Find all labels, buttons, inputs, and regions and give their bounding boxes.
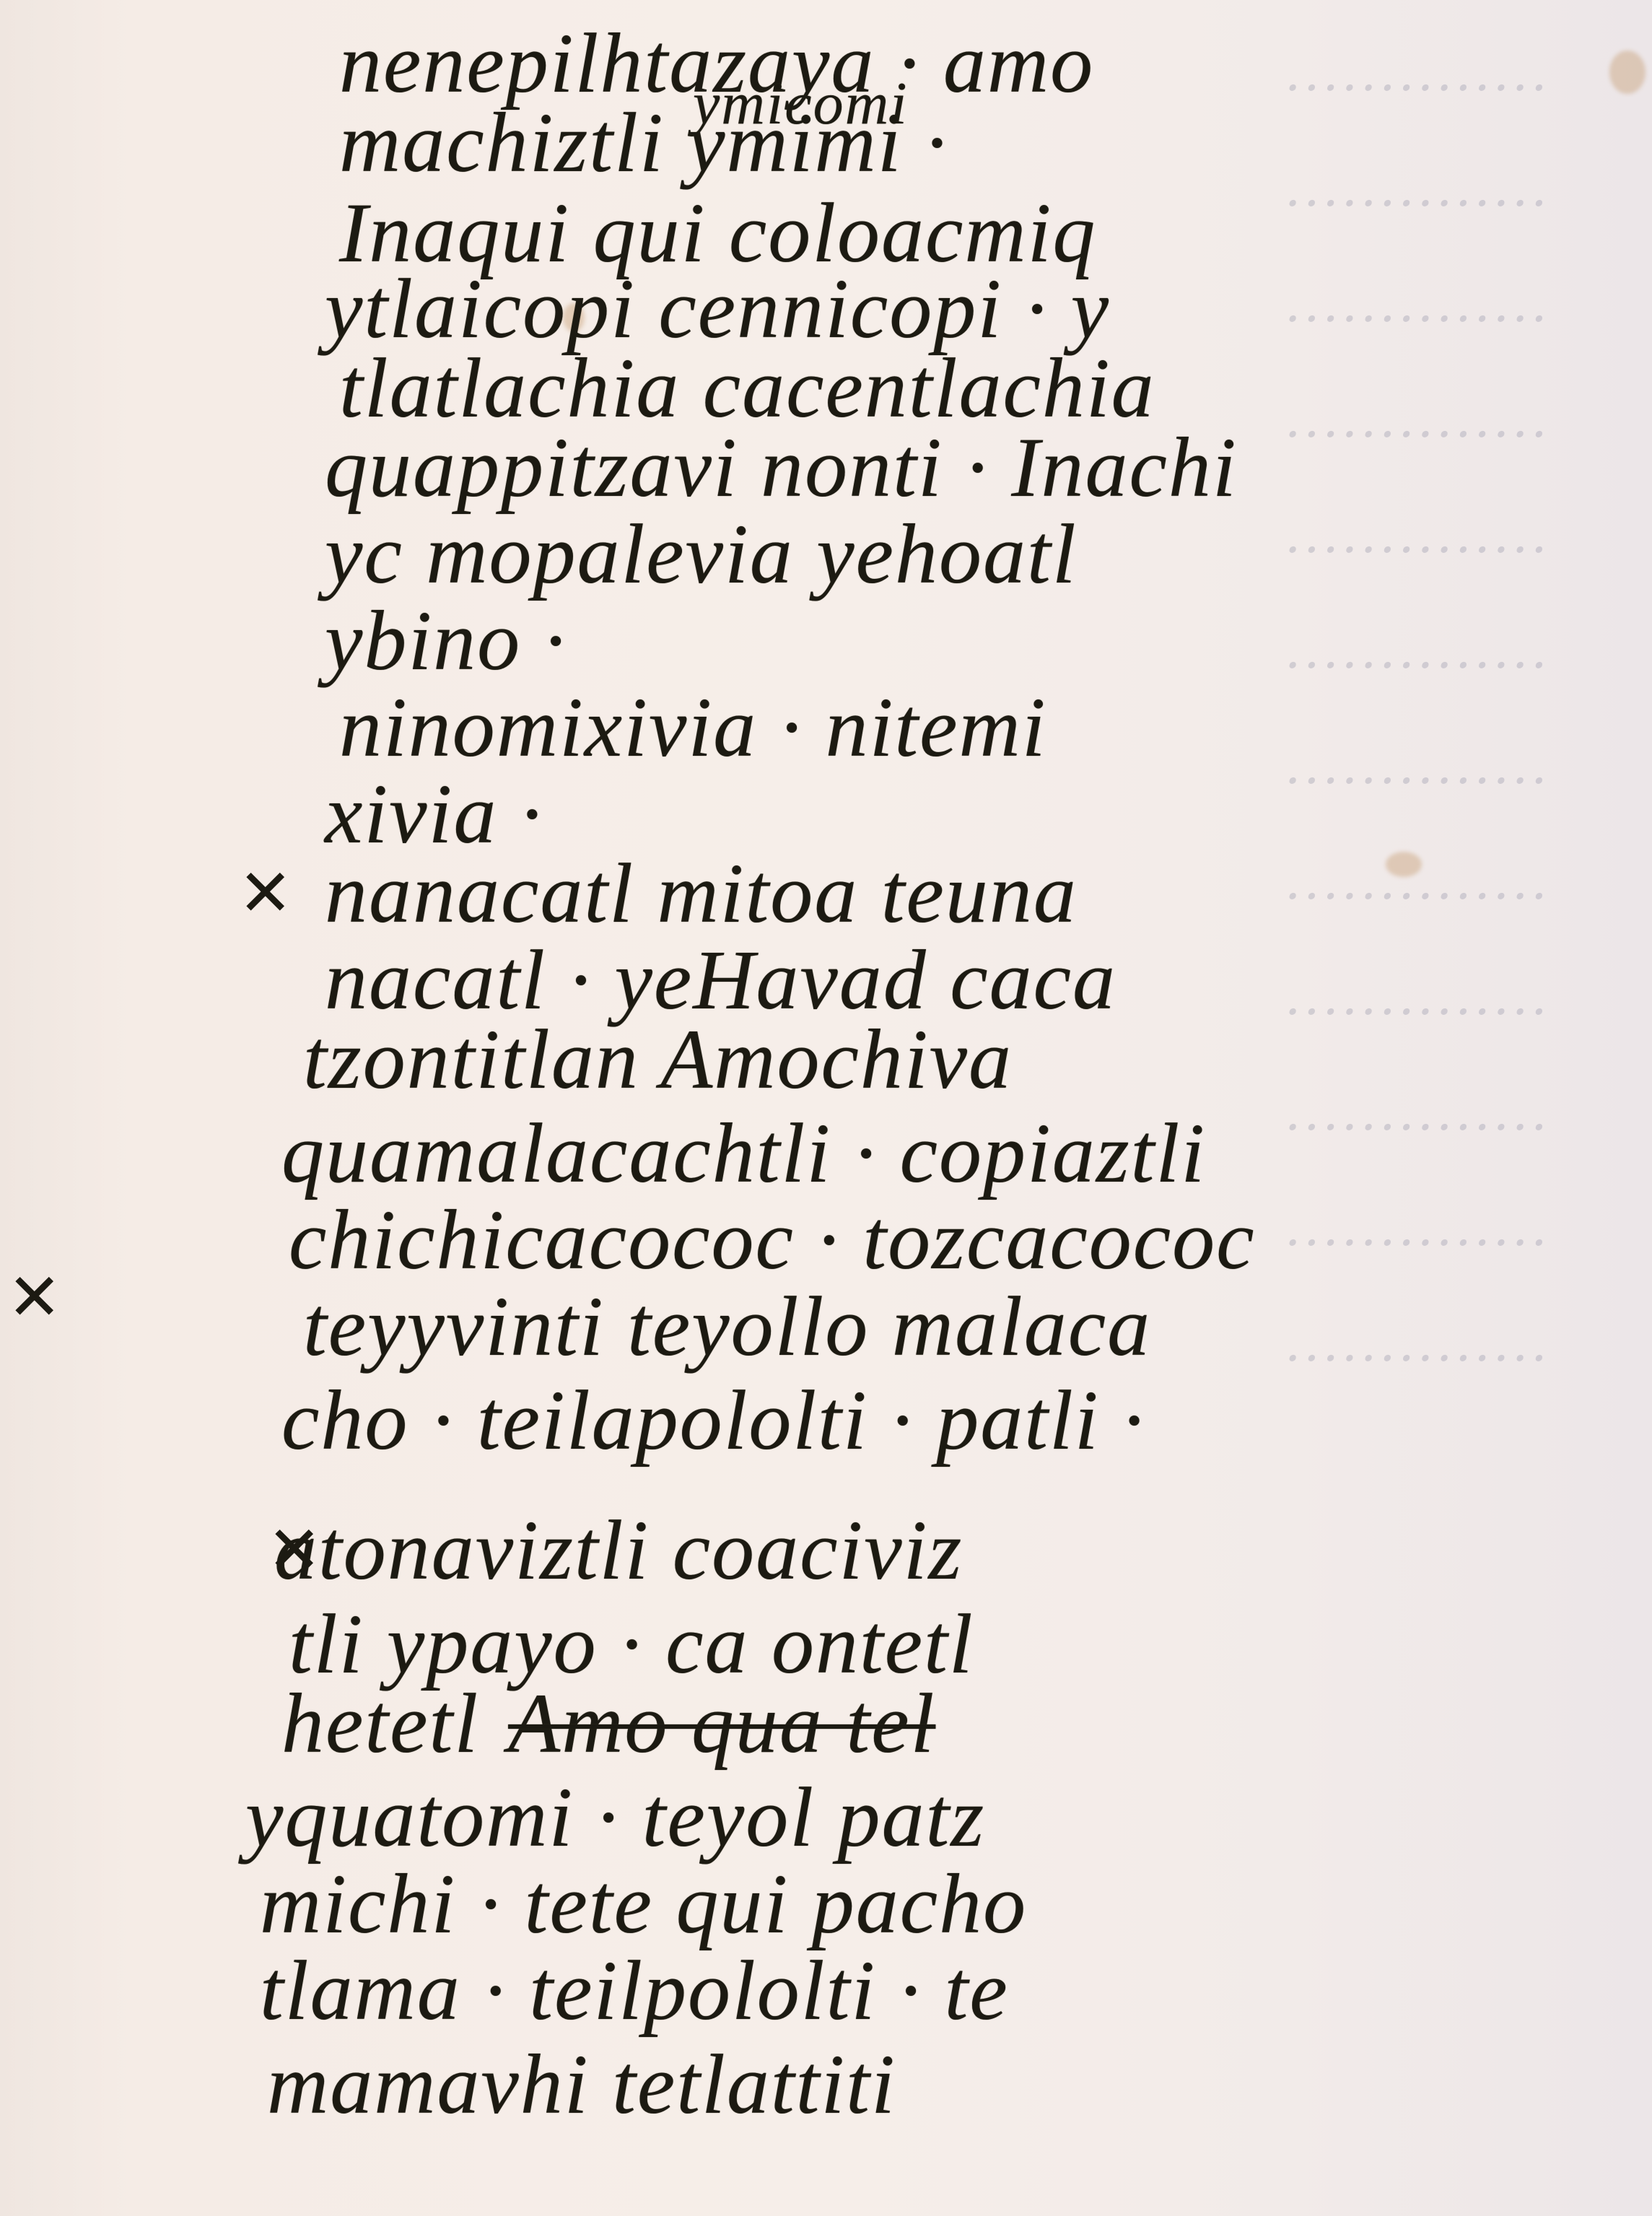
manuscript-line: yc mopalevia yehoatl xyxy=(325,505,1078,603)
line-text: mamavhi tetlattiti xyxy=(267,2037,896,2132)
manuscript-line: ybino · xyxy=(325,592,567,690)
manuscript-text-column: nenepilhtazaya · amoymicomimachiztli ymi… xyxy=(0,0,1371,2216)
line-text: quamalacachtli · copiaztli xyxy=(281,1106,1206,1200)
line-text: ybino · xyxy=(325,593,567,688)
cross-mark-icon: ✕ xyxy=(267,1512,321,1588)
manuscript-line: tzontitlan Amochiva xyxy=(303,1011,1013,1109)
manuscript-line: quamalacachtli · copiaztli xyxy=(281,1104,1206,1203)
manuscript-line: yquatomi · teyol patz xyxy=(245,1768,985,1867)
manuscript-line: nanacatl mitoa teuna xyxy=(325,845,1078,943)
line-text: atonaviztli coaciviz xyxy=(274,1503,963,1597)
manuscript-line: teyyvinti teyollo malaca xyxy=(303,1278,1151,1376)
cross-mark-icon: ✕ xyxy=(238,855,292,931)
line-text: yquatomi · teyol patz xyxy=(245,1770,985,1864)
line-text: quappitzavi nonti · Inachi xyxy=(325,420,1238,515)
manuscript-line: chichicacococ · tozcacococ xyxy=(289,1191,1256,1289)
line-text: tlama · teilpololti · te xyxy=(260,1943,1009,2038)
line-text: teyyvinti teyollo malaca xyxy=(303,1279,1151,1374)
manuscript-line: mamavhi tetlattiti xyxy=(267,2036,896,2134)
manuscript-line: quappitzavi nonti · Inachi xyxy=(325,419,1238,517)
line-text: yc mopalevia yehoatl xyxy=(325,507,1078,601)
manuscript-line: atonaviztli coaciviz xyxy=(274,1501,963,1600)
manuscript-line: machiztli ymimi · xyxy=(339,94,948,192)
line-text: cho · teilapololti · patli · xyxy=(281,1373,1145,1467)
line-text: michi · tete qui pacho xyxy=(260,1857,1027,1951)
line-text: hetetl xyxy=(281,1676,479,1771)
line-text: tzontitlan Amochiva xyxy=(303,1012,1013,1107)
manuscript-page: ........................................… xyxy=(0,0,1652,2216)
manuscript-line: ninomixivia · nitemi xyxy=(339,679,1047,777)
line-text: machiztli ymimi · xyxy=(339,95,948,190)
manuscript-line: tlama · teilpololti · te xyxy=(260,1942,1009,2040)
struck-through-text: Amo qua tel xyxy=(508,1676,935,1771)
line-text: nanacatl mitoa teuna xyxy=(325,846,1078,941)
manuscript-line: hetetlAmo qua tel xyxy=(281,1675,935,1773)
manuscript-line: michi · tete qui pacho xyxy=(260,1855,1027,1953)
line-text: chichicacococ · tozcacococ xyxy=(289,1192,1256,1287)
manuscript-line: cho · teilapololti · patli · xyxy=(281,1371,1145,1470)
line-text: ninomixivia · nitemi xyxy=(339,680,1047,775)
cross-mark-icon: ✕ xyxy=(7,1260,61,1335)
